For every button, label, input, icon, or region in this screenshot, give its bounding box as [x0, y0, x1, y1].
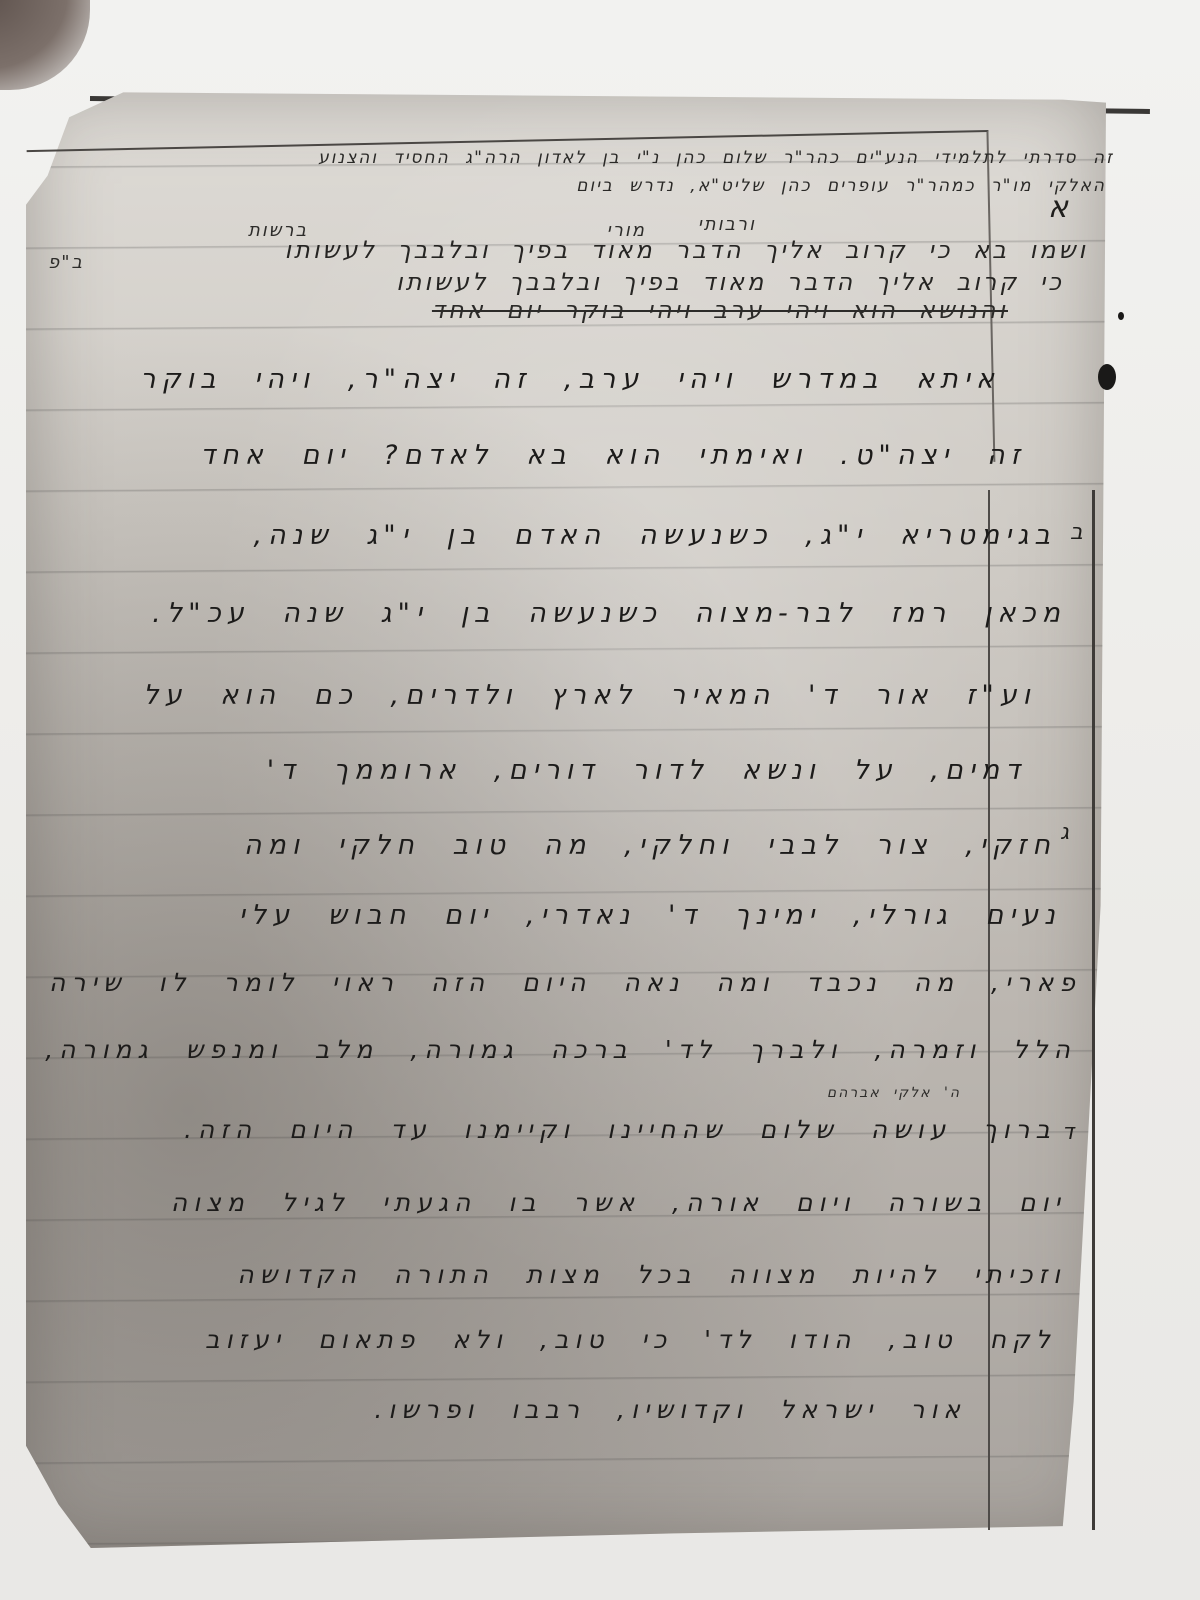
struck-out-line: והנושא הוא ויהי ערב ויהי בוקר יום אחד — [432, 296, 1008, 324]
body-line-11: ברוך עושה שלום שהחיינו וקיימנו עד היום ה… — [184, 1115, 1056, 1144]
body-line-10: הלל וזמרה, ולברך לד' ברכה גמורה, מלב ומנ… — [45, 1035, 1076, 1064]
body-line-7: חזקי, צור לבבי וחלקי, מה טוב חלקי ומה — [244, 830, 1056, 861]
body-line-13: וזכיתי להיות מצווה בכל מצות התורה הקדושה — [237, 1260, 1066, 1289]
heading-margin-note: ב"פ — [48, 252, 84, 273]
header-note-line-2: האלקי מו"ר כמהר"ר עופרים כהן שליט"א, נדר… — [576, 176, 1106, 196]
thumb-shadow — [0, 0, 90, 90]
body-line-2: זה יצה"ט. ואימתי הוא בא לאדם? יום אחד — [200, 440, 1026, 471]
interlinear-note: ה' אלקי אברהם — [827, 1085, 961, 1101]
body-line-1: איתא במדרש ויהי ערב, זה יצה"ר, ויהי בוקר — [140, 364, 1000, 395]
right-margin-frame — [988, 490, 1095, 1530]
header-note-line-1: זה סדרתי לתלמידי הנע"ים כהר"ר שלום כהן נ… — [318, 148, 1114, 168]
interlinear-word-3: ורבותי — [698, 214, 756, 235]
body-line-6: דמים, על ונשא לדור דורים, ארוממך ד' — [267, 755, 1026, 786]
margin-mark-2: ב — [1070, 520, 1083, 545]
body-line-12: יום בשורה ויום אורה, אשר בו הגעתי לגיל מ… — [171, 1188, 1066, 1217]
body-line-15: אור ישראל וקדושיו, רבבו ופרשו. — [374, 1395, 966, 1424]
ink-dot — [1118, 312, 1124, 320]
margin-mark-3: ג — [1060, 820, 1069, 845]
body-line-4: מכאן רמז לבר-מצוה כשנעשה בן י"ג שנה עכ"ל… — [152, 598, 1066, 629]
body-line-14: לקח טוב, הודו לד' כי טוב, ולא פתאום יעזו… — [205, 1325, 1056, 1354]
body-line-8: נעים גורלי, ימינך ד' נאדרי, יום חבוש עלי — [239, 900, 1061, 931]
heading-line-2: כי קרוב אליך הדבר מאוד בפיך ובלבבך לעשות… — [396, 268, 1064, 296]
margin-mark-1: א — [1048, 190, 1068, 225]
ink-blot — [1098, 364, 1116, 390]
body-line-5: וע"ז אור ד' המאיר לארץ ולדרים, כם הוא על — [143, 680, 1036, 711]
body-line-3: בגימטריא י"ג, כשנעשה האדם בן י"ג שנה, — [253, 520, 1056, 551]
body-line-9: פארי, מה נכבד ומה נאה היום הזה ראוי לומר… — [49, 968, 1081, 997]
margin-mark-4: ד — [1062, 1120, 1074, 1145]
heading-line-1: ושמו בא כי קרוב אליך הדבר מאוד בפיך ובלב… — [285, 236, 1088, 264]
